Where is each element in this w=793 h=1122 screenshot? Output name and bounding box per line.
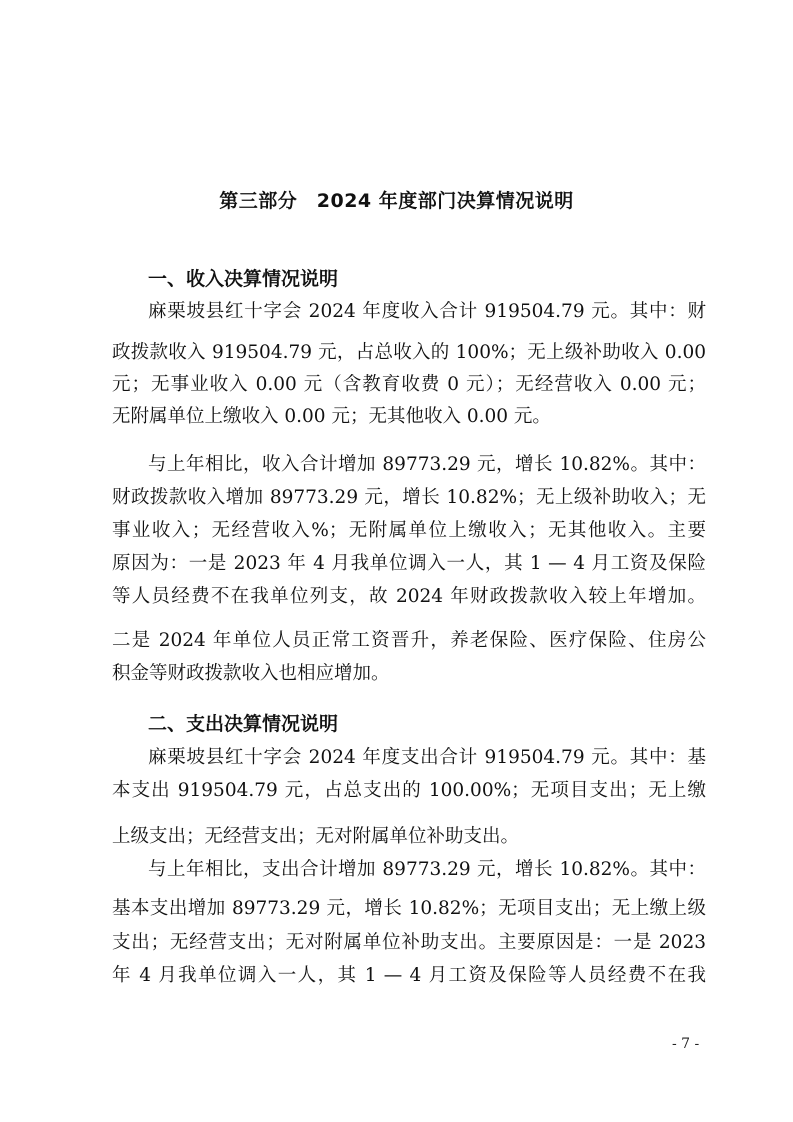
paragraph-line: 上级支出；无经营支出；无对附属单位补助支出。 <box>112 822 706 852</box>
paragraph-line: 原因为：一是 2023 年 4 月我单位调入一人，其 1 — 4 月工资及保险 <box>112 549 706 579</box>
paragraph-line: 财政拨款收入增加 89773.29 元，增长 10.82%；无上级补助收入；无 <box>112 483 706 513</box>
section-heading-income: 一、收入决算情况说明 <box>148 264 338 291</box>
paragraph-line: 等人员经费不在我单位列支，故 2024 年财政拨款收入较上年增加。 <box>112 582 706 612</box>
section-heading-expenditure: 二、支出决算情况说明 <box>148 709 338 736</box>
paragraph-line: 支出；无经营支出；无对附属单位补助支出。主要原因是：一是 2023 <box>112 928 706 958</box>
paragraph-line: 麻栗坡县红十字会 2024 年度支出合计 919504.79 元。其中：基 <box>148 743 706 773</box>
paragraph-line: 与上年相比，收入合计增加 89773.29 元，增长 10.82%。其中： <box>148 450 706 480</box>
paragraph-line: 事业收入；无经营收入%；无附属单位上缴收入；无其他收入。主要 <box>112 516 706 546</box>
paragraph-line: 无附属单位上缴收入 0.00 元；无其他收入 0.00 元。 <box>112 402 706 432</box>
page-title: 第三部分 2024 年度部门决算情况说明 <box>0 186 793 213</box>
paragraph-line: 麻栗坡县红十字会 2024 年度收入合计 919504.79 元。其中：财 <box>148 297 706 327</box>
paragraph-line: 与上年相比，支出合计增加 89773.29 元，增长 10.82%。其中： <box>148 855 706 885</box>
paragraph-line: 基本支出增加 89773.29 元，增长 10.82%；无项目支出；无上缴上级 <box>112 894 706 924</box>
page-number: - 7 - <box>672 1036 699 1052</box>
paragraph-line: 本支出 919504.79 元，占总支出的 100.00%；无项目支出；无上缴 <box>112 776 706 806</box>
paragraph-line: 积金等财政拨款收入也相应增加。 <box>112 659 706 689</box>
paragraph-line: 元；无事业收入 0.00 元（含教育收费 0 元）；无经营收入 0.00 元； <box>112 370 706 400</box>
paragraph-line: 年 4 月我单位调入一人，其 1 — 4 月工资及保险等人员经费不在我 <box>112 961 706 991</box>
paragraph-line: 政拨款收入 919504.79 元，占总收入的 100%；无上级补助收入 0.0… <box>112 338 706 368</box>
paragraph-line: 二是 2024 年单位人员正常工资晋升，养老保险、医疗保险、住房公 <box>112 626 706 656</box>
document-page: 第三部分 2024 年度部门决算情况说明 一、收入决算情况说明 麻栗坡县红十字会… <box>0 0 793 1122</box>
